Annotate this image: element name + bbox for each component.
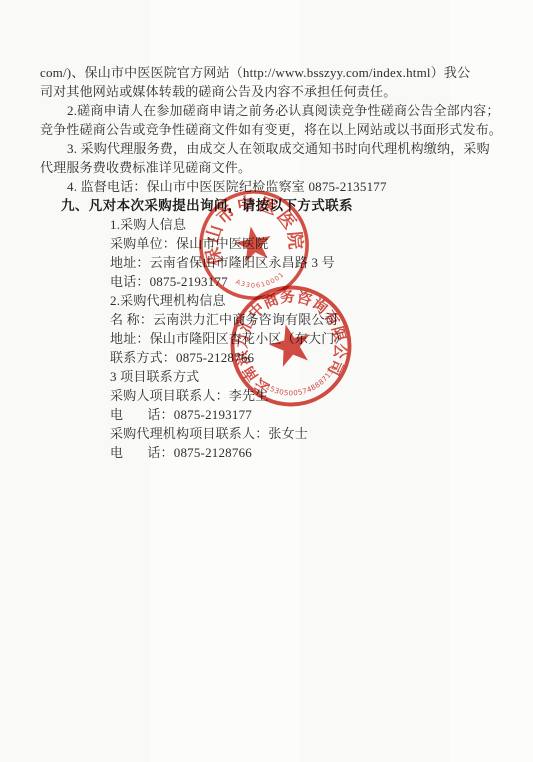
star-icon bbox=[265, 319, 315, 368]
doc-line-note2-2: 竞争性磋商公告或竞争性磋商文件如有变更，将在以上网站或以书面形式发布。 bbox=[40, 120, 533, 139]
doc-line-website-wrap-1: com/)、保山市中医医院官方网站（http://www.bsszyy.com/… bbox=[40, 63, 533, 82]
line-agency-contact-person: 采购代理机构项目联系人：张女士 bbox=[110, 424, 533, 443]
doc-line-note3-1: 3. 采购代理服务费，由成交人在领取成交通知书时向代理机构缴纳，采购 bbox=[67, 139, 533, 158]
agency-official-seal: 云南洪力汇中商务咨询有限公司 91530500574888713L bbox=[226, 281, 356, 411]
line-purchaser-unit: 采购单位：保山市中医医院 bbox=[110, 234, 533, 253]
doc-line-website-wrap-2: 司对其他网站或媒体转载的磋商公告及内容不承担任何责任。 bbox=[40, 82, 533, 101]
doc-line-note2-1: 2.磋商申请人在参加磋商申请之前务必认真阅读竞争性磋商公告全部内容； bbox=[67, 101, 533, 120]
doc-line-note3-2: 代理服务费收费标准详见磋商文件。 bbox=[40, 158, 533, 177]
line-purchaser-address: 地址：云南省保山市隆阳区永昌路 3 号 bbox=[110, 253, 533, 272]
scanned-document-page: com/)、保山市中医医院官方网站（http://www.bsszyy.com/… bbox=[0, 0, 533, 762]
line-purchaser-info-label: 1.采购人信息 bbox=[110, 215, 533, 234]
line-agency-contact-tel: 电 话：0875-2128766 bbox=[110, 443, 533, 462]
star-icon bbox=[233, 223, 274, 263]
